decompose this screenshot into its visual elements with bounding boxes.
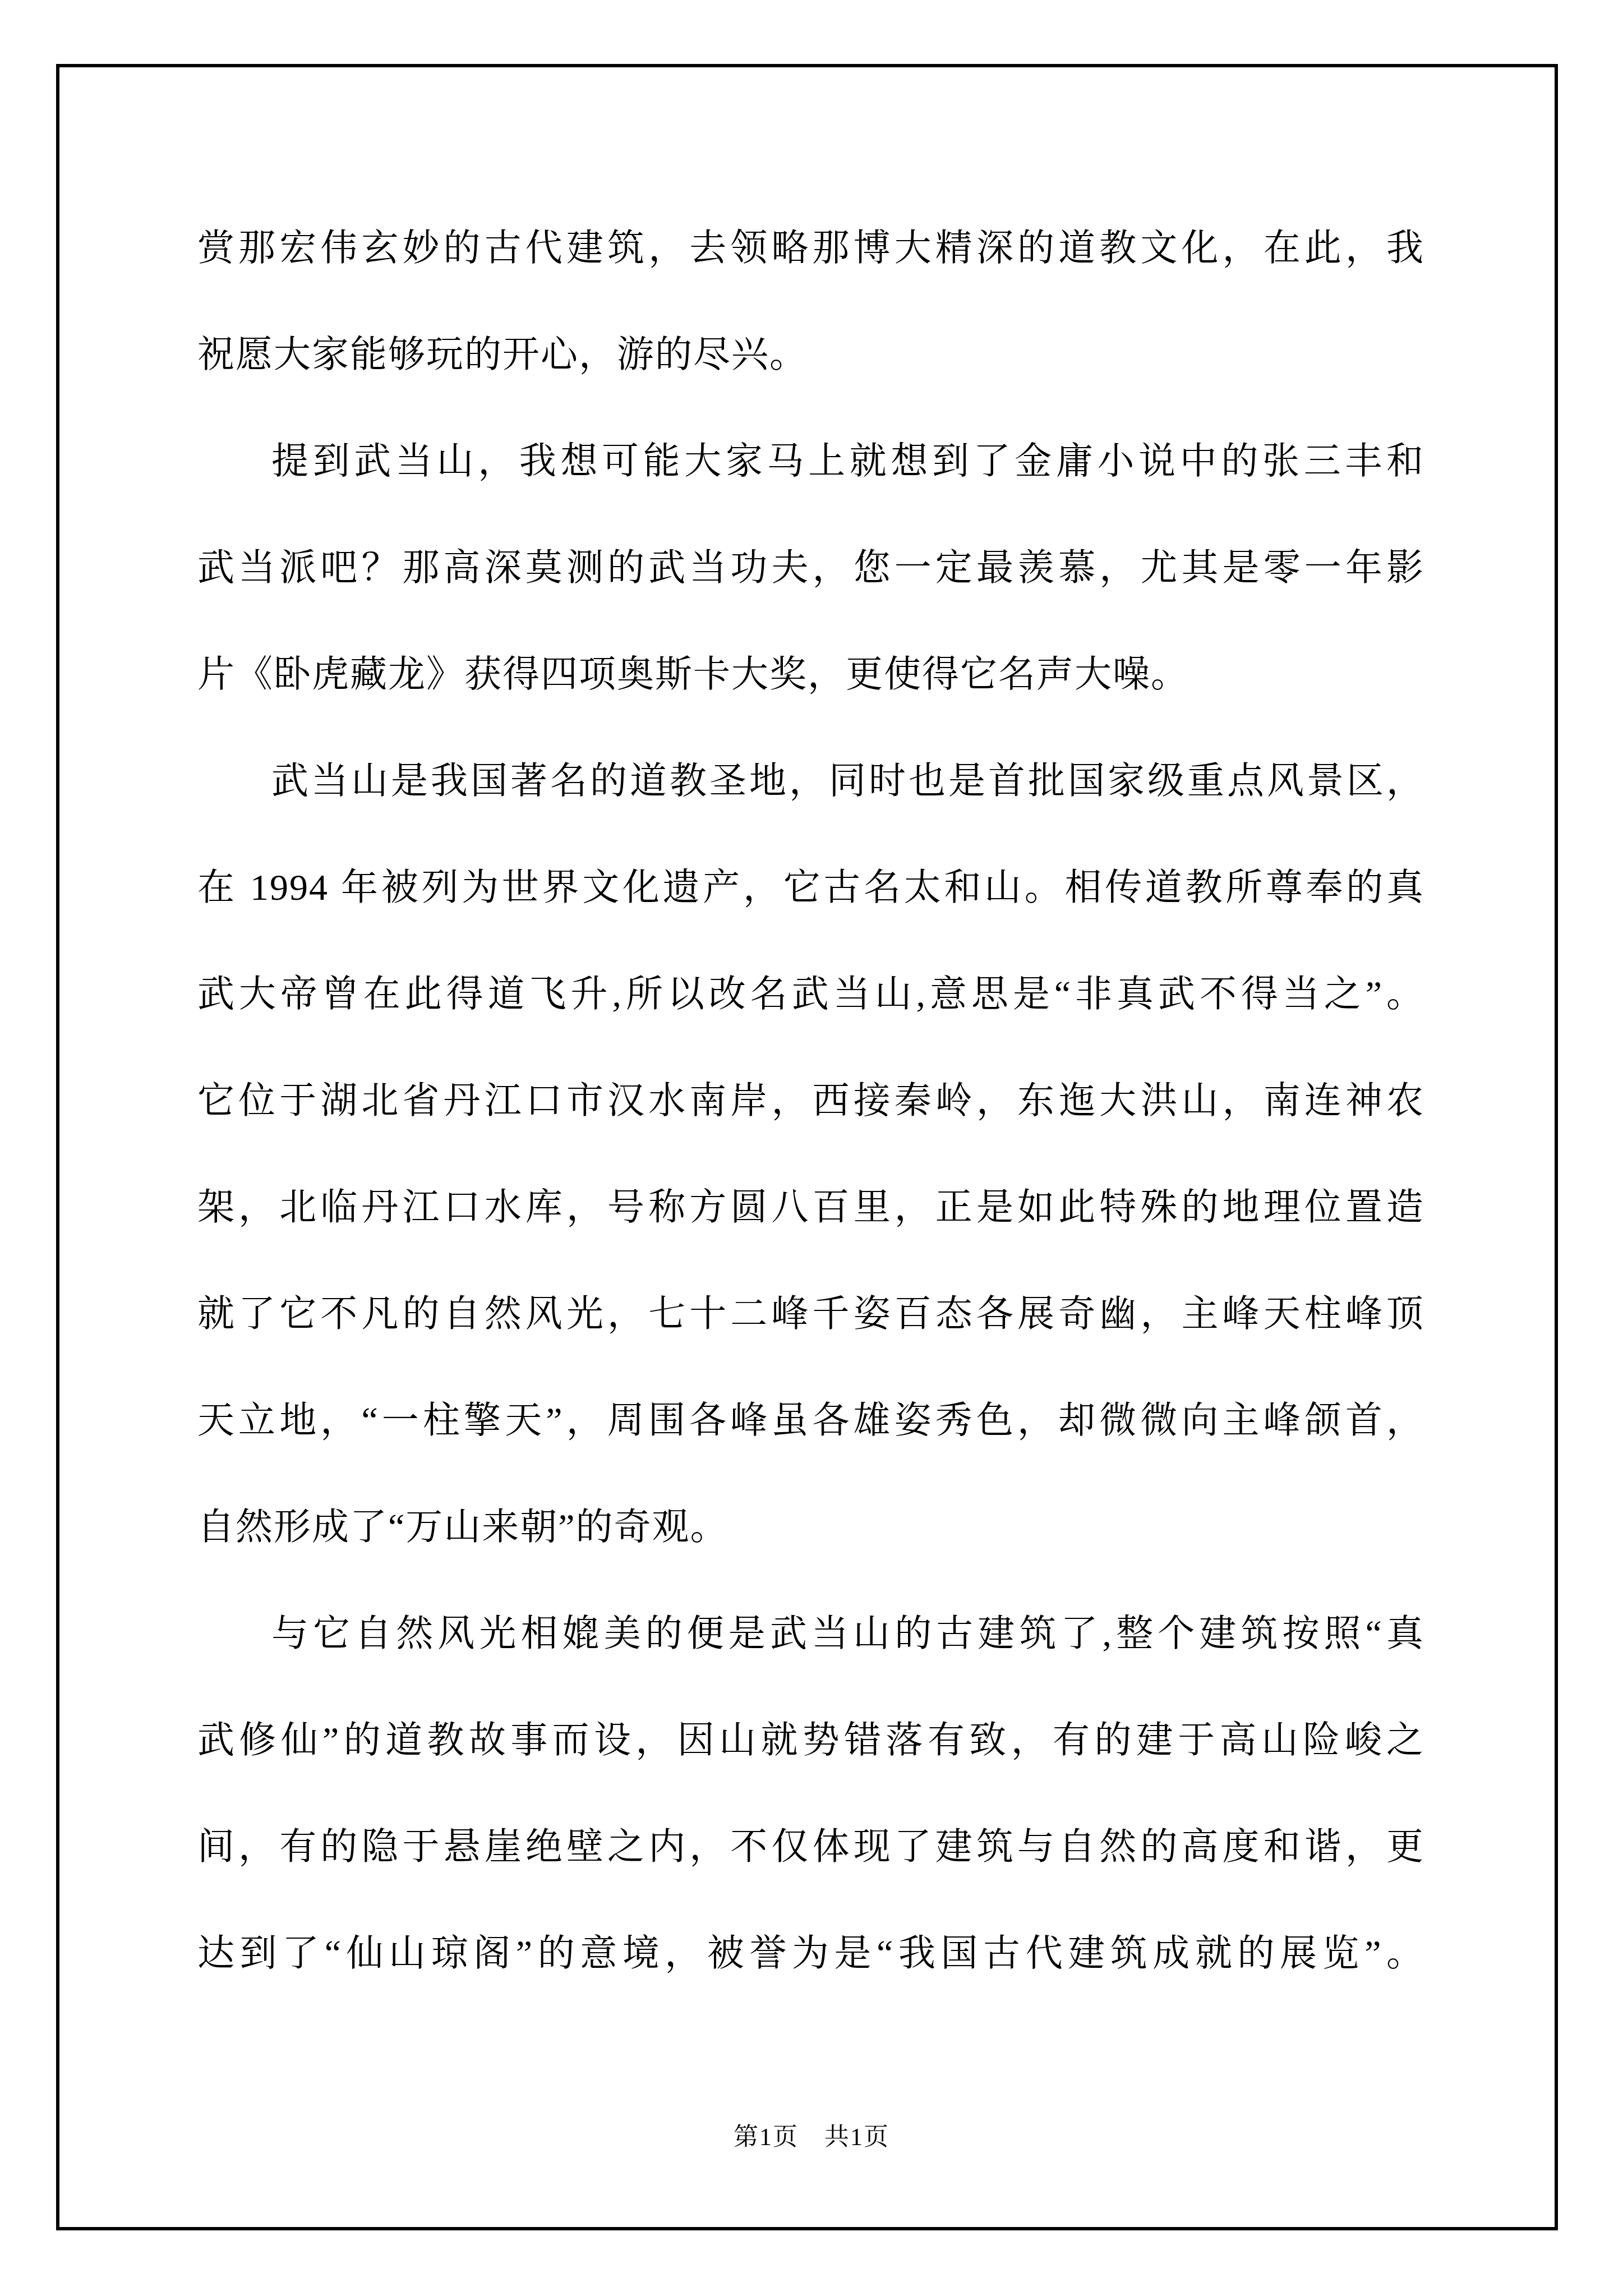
text-line: 自然形成了“万山来朝”的奇观。	[197, 1474, 1424, 1581]
text-line: 与它自然风光相媲美的便是武当山的古建筑了,整个建筑按照“真	[197, 1581, 1424, 1687]
document-body-text: 赏那宏伟玄妙的古代建筑，去领略那博大精深的道教文化，在此，我 祝愿大家能够玩的开…	[197, 195, 1424, 2007]
text-line: 架，北临丹江口水库，号称方圆八百里，正是如此特殊的地理位置造	[197, 1154, 1424, 1261]
text-line: 武当派吧？那高深莫测的武当功夫，您一定最羡慕，尤其是零一年影	[197, 515, 1424, 622]
text-line: 提到武当山，我想可能大家马上就想到了金庸小说中的张三丰和	[197, 408, 1424, 515]
text-line: 间，有的隐于悬崖绝壁之内，不仅体现了建筑与自然的高度和谐，更	[197, 1794, 1424, 1901]
text-line: 武当山是我国著名的道教圣地，同时也是首批国家级重点风景区，	[197, 728, 1424, 835]
text-line: 就了它不凡的自然风光，七十二峰千姿百态各展奇幽，主峰天柱峰顶	[197, 1261, 1424, 1368]
text-line: 它位于湖北省丹江口市汉水南岸，西接秦岭，东迤大洪山，南连神农	[197, 1048, 1424, 1154]
text-line: 赏那宏伟玄妙的古代建筑，去领略那博大精深的道教文化，在此，我	[197, 195, 1424, 302]
document-page: { "page": { "lines": [ "赏那宏伟玄妙的古代建筑，去领略那…	[0, 0, 1623, 2296]
text-line: 片《卧虎藏龙》获得四项奥斯卡大奖，更使得它名声大噪。	[197, 622, 1424, 728]
text-line: 武大帝曾在此得道飞升,所以改名武当山,意思是“非真武不得当之”。	[197, 941, 1424, 1048]
text-line: 在 1994 年被列为世界文化遗产，它古名太和山。相传道教所尊奉的真	[197, 835, 1424, 941]
text-line: 武修仙”的道教故事而设，因山就势错落有致，有的建于高山险峻之	[197, 1687, 1424, 1794]
text-line: 祝愿大家能够玩的开心，游的尽兴。	[197, 302, 1424, 408]
text-line: 达到了“仙山琼阁”的意境，被誉为是“我国古代建筑成就的展览”。	[197, 1901, 1424, 2007]
text-line: 天立地，“一柱擎天”，周围各峰虽各雄姿秀色，却微微向主峰颌首，	[197, 1368, 1424, 1474]
page-number-footer: 第1页 共1页	[0, 2119, 1623, 2155]
